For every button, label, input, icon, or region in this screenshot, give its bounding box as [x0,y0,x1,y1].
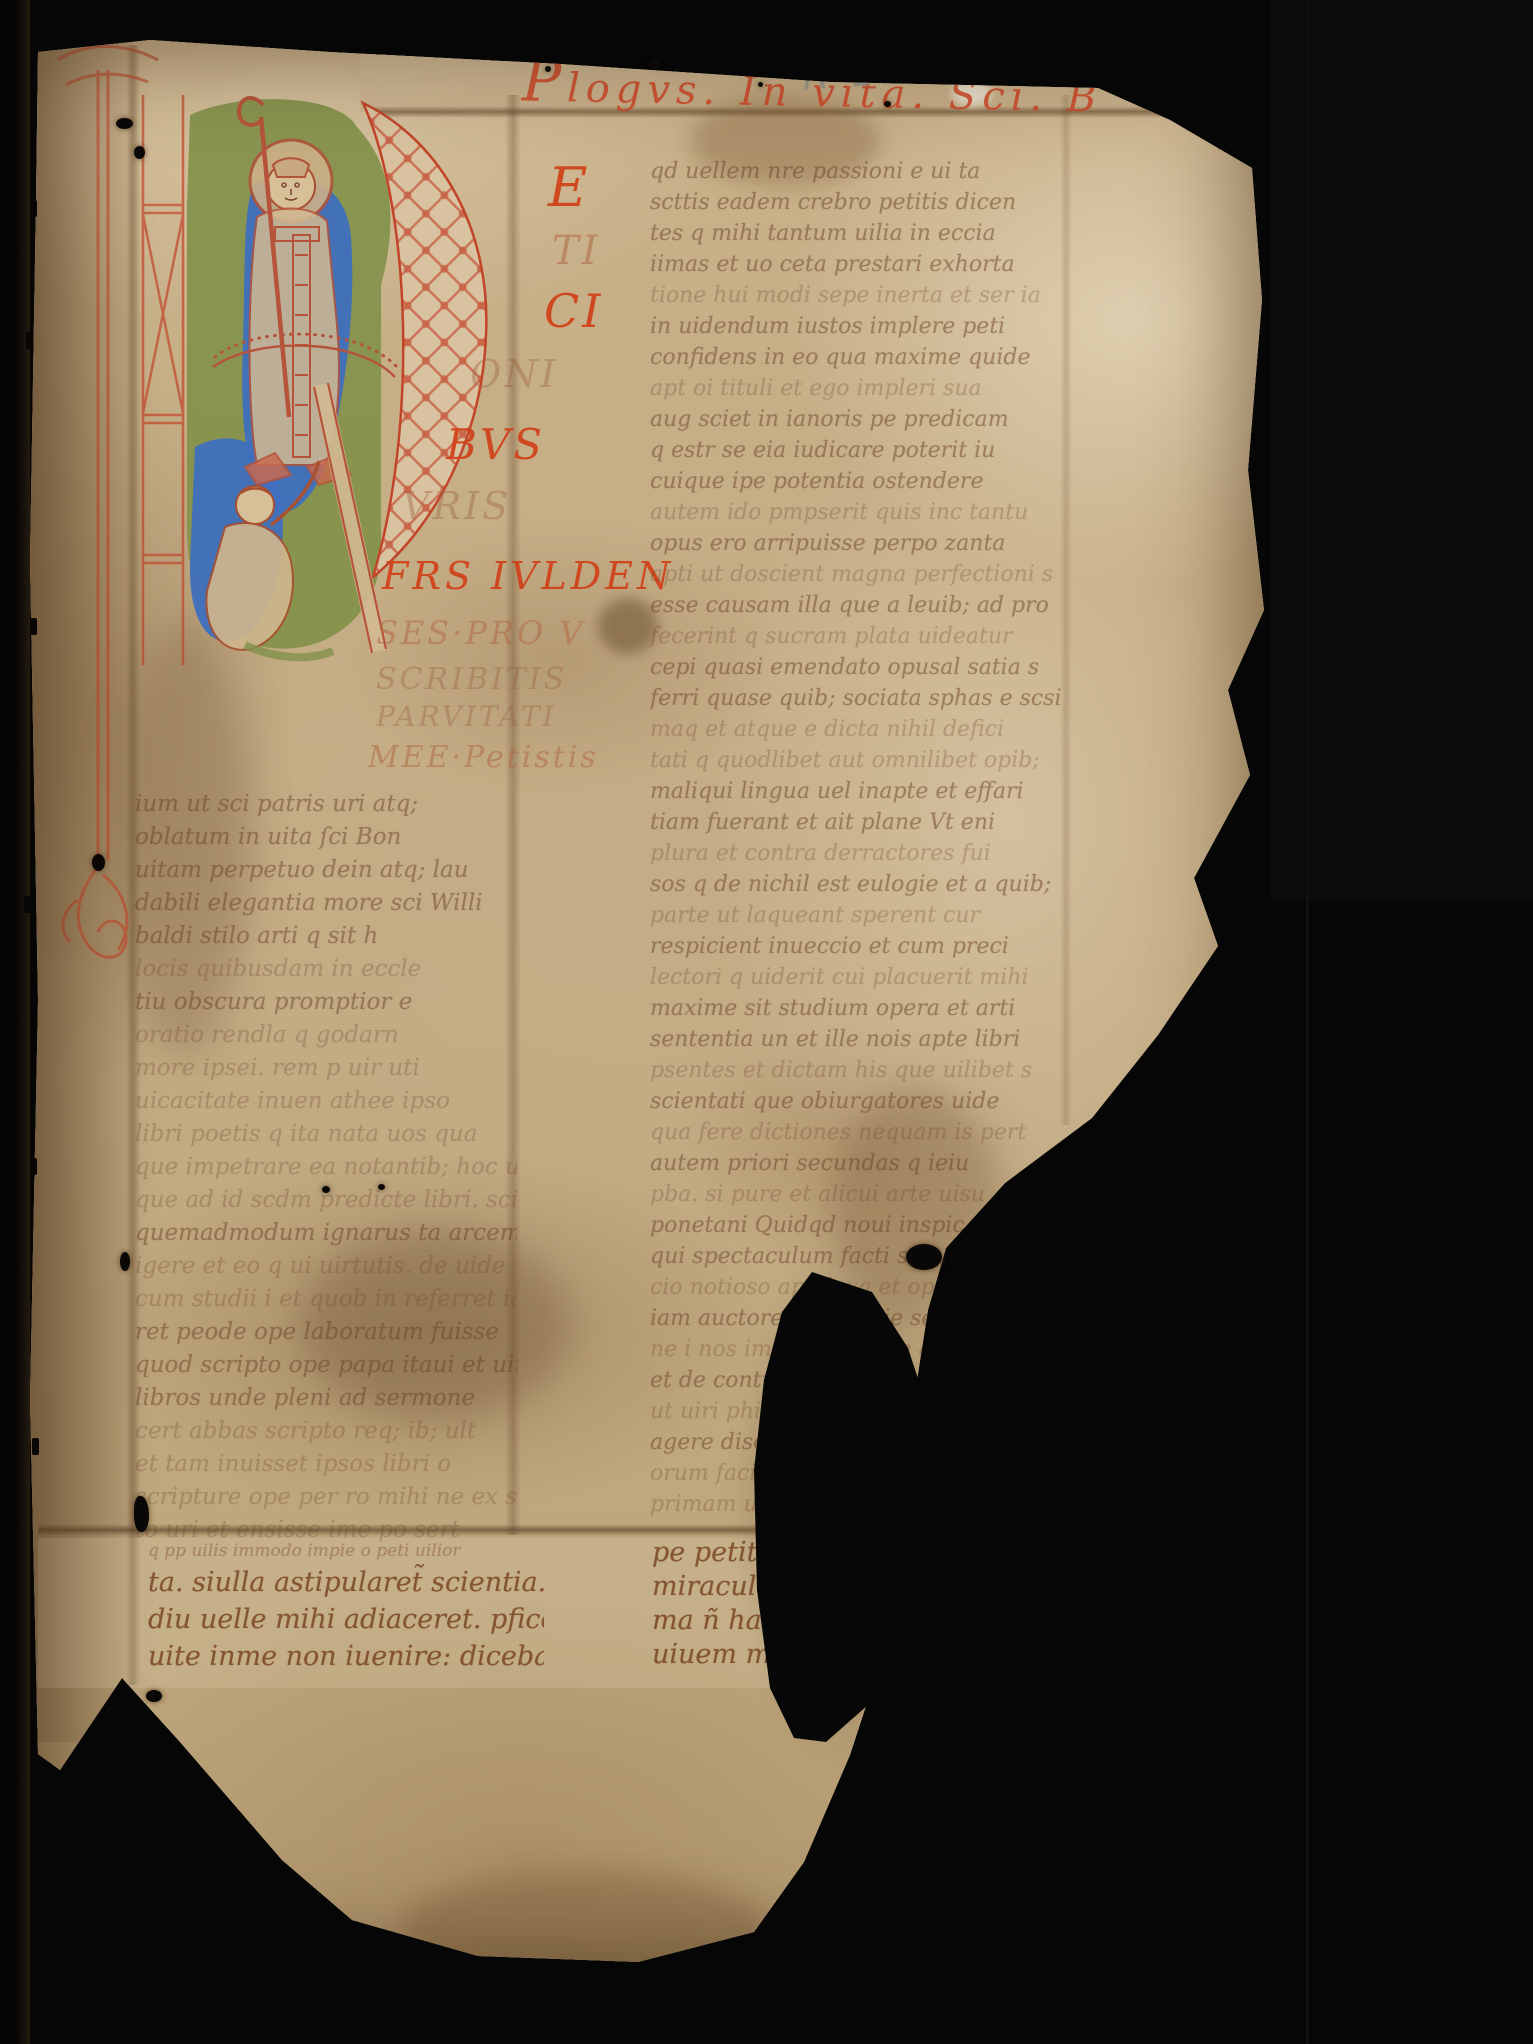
sewing-hole [30,200,37,217]
speck [758,82,763,87]
text-line: ferri quase quib; sociata sphas e scsi [650,683,1064,714]
display-capital-line: E [548,156,590,219]
wormhole [120,1252,130,1271]
display-capital-line: FRS IVLDEN [382,554,674,598]
text-line: fecerint q sucram plata uideatur [650,621,1064,652]
text-line: aug sciet in ianoris pe predicam [650,404,1064,435]
text-line: dabili elegantia more sci Willi [135,887,517,920]
text-line: quemadmodum ignarus ta arcem op [135,1217,517,1250]
wormhole [92,854,105,871]
text-line: apt oi tituli et ego impleri sua [650,373,1064,404]
display-capital-line: SES·PRO V [376,614,586,652]
display-capital-line: CI [544,284,603,338]
display-capital-line: MEE·Petistis [368,740,599,775]
text-line: oratio rendla q godarn [135,1019,517,1052]
text-line: scttis eadem crebro petitis dicen [650,187,1064,218]
text-line: autem ido pmpserit quis inc tantu [650,497,1064,528]
tear-mark [134,1496,149,1532]
text-line: esse causam illa que a leuib; ad pro [650,590,1064,621]
text-line: lectori q uiderit cui placuerit mihi [650,962,1064,993]
text-line: uicacitate inuen athee ipso [135,1085,517,1118]
left-edge-shadow [0,0,30,2044]
wormhole [134,146,145,159]
text-line: sententia un et ille nois apte libri [650,1024,1064,1055]
text-line: et tam inuisset ipsos libri o [135,1448,517,1481]
text-line: cuique ipe potentia ostendere [650,466,1064,497]
display-capital-line: TI [552,228,600,274]
speck [322,1186,330,1193]
text-line: confidens in eo qua maxime quide [650,342,1064,373]
text-line: scripture ope per ro mihi ne ex ser [135,1481,517,1514]
text-column-left-bottom: q pp uilis immodo impie o peti uiliorta.… [148,1538,544,1675]
text-line: quod scripto ope papa itaui et uiili [135,1349,517,1382]
text-line: sos q de nichil est eulogie et a quib; [650,869,1064,900]
text-line: uitam perpetuo dein atq; lau [135,854,517,887]
text-line: q pp uilis immodo impie o peti uilior [148,1538,544,1564]
text-line: ta. siulla astipularet̃ scientia. Cumſ [148,1564,544,1601]
background-panel [1270,0,1533,900]
text-line: more ipsei. rem p uir uti [135,1052,517,1085]
text-line: maliqui lingua uel inapte et effari [650,776,1064,807]
text-line: baldi stilo arti q sit h [135,920,517,953]
sewing-hole [26,332,33,349]
manuscript-photograph: Plogvs. In vita. Sci. B R 1.1.17 1 ETICI… [0,0,1533,2044]
text-line: pba. si pure et alicui arte uisu [650,1179,1064,1210]
text-column-left: ium ut sci patris uri atq;oblatum in uit… [135,788,517,1547]
speck [545,66,551,72]
text-line: locis quibusdam in eccle [135,953,517,986]
speck [652,62,657,67]
text-line: uite inme non iuenire: dicebam uob [148,1638,544,1675]
text-line: ponetani Quidqd noui inspic [650,1210,1064,1241]
display-capital-line: VRIS [402,484,511,528]
background-seam [1306,0,1309,2044]
text-line: ium ut sci patris uri atq; [135,788,517,821]
text-line: libros unde pleni ad sermone [135,1382,517,1415]
display-capital-line: BVS [446,420,545,469]
text-line: cepi quasi emendato opusal satia s [650,652,1064,683]
sewing-hole [30,1158,37,1175]
speck [378,1184,385,1190]
text-line: maq et atque e dicta nihil defici [650,714,1064,745]
text-line: libri poetis q ita nata uos qua [135,1118,517,1151]
display-capital-line: PARVITATI [376,700,556,733]
text-line: diu uelle mihi adiaceret. pficer ti [148,1601,544,1638]
text-line: tiu obscura promptior e [135,986,517,1019]
text-line: cum studii i et quob in referret iam [135,1283,517,1316]
display-capital-line: SCRIBITIS [376,662,567,697]
text-line: tes q mihi tantum uilia in eccia [650,218,1064,249]
text-line: opus ero arripuisse perpo zanta [650,528,1064,559]
text-line: ret peode ope laboratum fuisse [135,1316,517,1349]
sewing-hole [24,896,31,913]
text-line: q estr se eia iudicare poterit iu [650,435,1064,466]
display-capital-line: ONI [470,352,558,396]
text-line: qd uellem nre passioni e ui ta [650,156,1064,187]
text-line: in uidendum iustos implere peti [650,311,1064,342]
text-line: maxime sit studium opera et arti [650,993,1064,1024]
text-line: oblatum in uita ſci Bon [135,821,517,854]
text-line: scientati que obiurgatores uide [650,1086,1064,1117]
wormhole [146,1690,162,1702]
text-line: tiam fuerant et ait plane Vt eni [650,807,1064,838]
text-line: tati q quodlibet aut omnilibet opib; [650,745,1064,776]
speck [884,101,891,107]
stain [400,1870,770,1990]
text-line: respicient inueccio et cum preci [650,931,1064,962]
text-line: qua fere dictiones nequam is pert [650,1117,1064,1148]
text-line: apti ut doscient magna perfectioni s [650,559,1064,590]
text-line: psentes et dictam his que uilibet s [650,1055,1064,1086]
text-line: que impetrare ea notantib; hoc us [135,1151,517,1184]
text-line: iimas et uo ceta prestari exhorta [650,249,1064,280]
sewing-hole [30,618,37,635]
text-line: autem priori secundas q ieiu [650,1148,1064,1179]
parchment-hole-small [906,1244,942,1270]
text-line: igere et eo q ui uirtutis. de uide [135,1250,517,1283]
text-line: parte ut laqueant sperent cur [650,900,1064,931]
text-line: cert abbas scripto req; ib; ult [135,1415,517,1448]
text-line: plura et contra derractores fui [650,838,1064,869]
wormhole [116,118,133,129]
sewing-hole [32,1438,39,1455]
text-line: tione hui modi sepe inerta et ser ia [650,280,1064,311]
